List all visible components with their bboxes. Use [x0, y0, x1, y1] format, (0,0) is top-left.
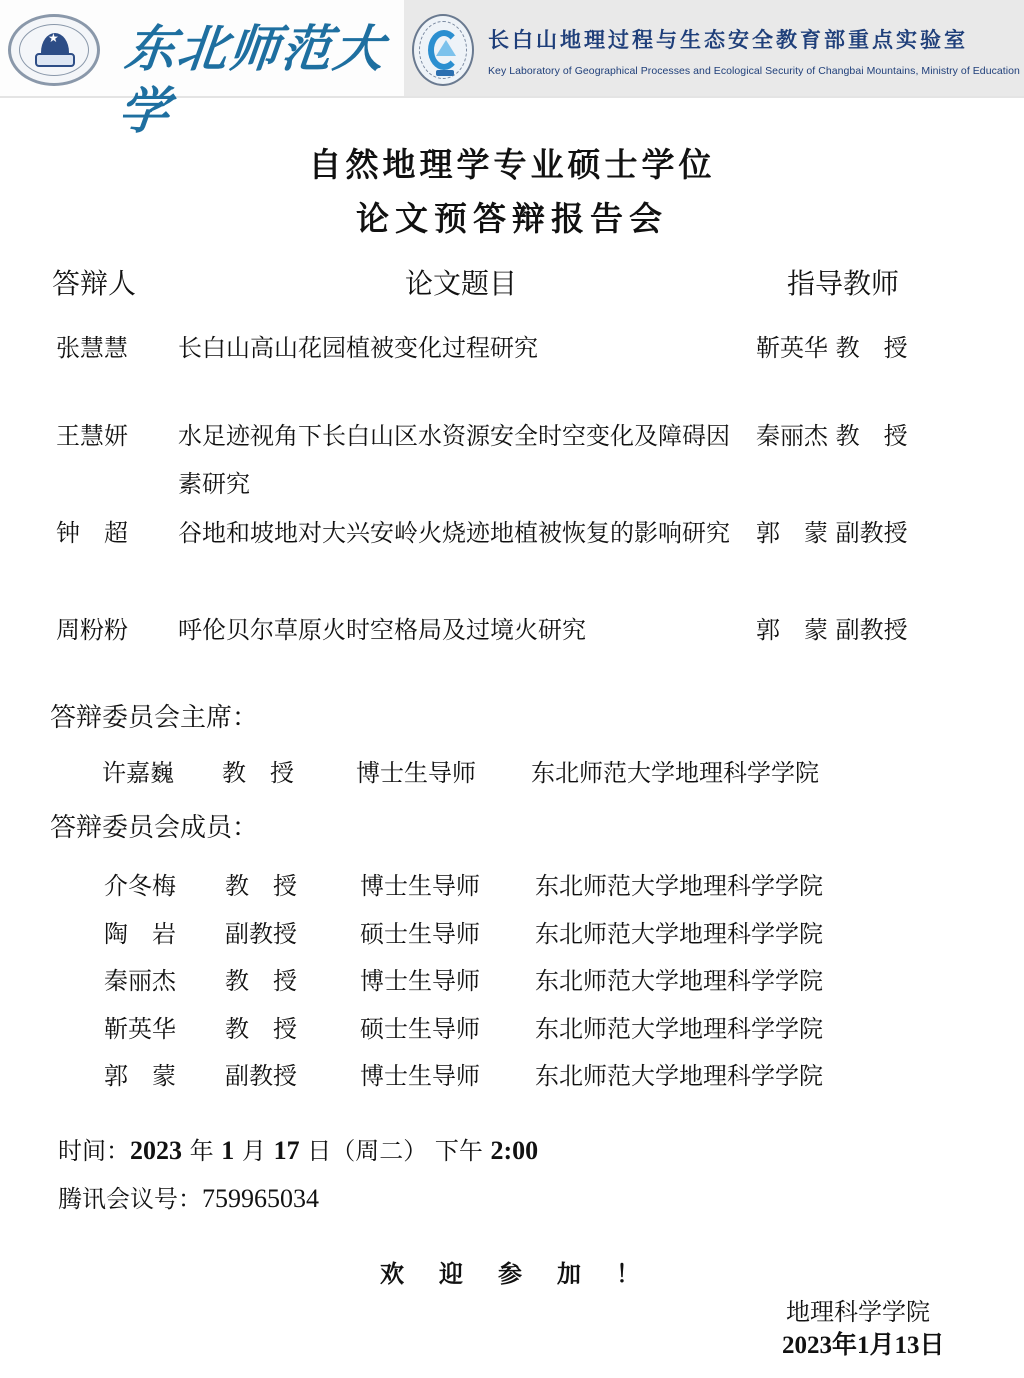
committee-members-heading: 答辩委员会成员： — [50, 808, 258, 848]
member-affiliation: 东北师范大学地理科学学院 — [535, 1056, 823, 1096]
university-name: 东北师范大学 — [115, 18, 410, 142]
signature-date: 2023年1月13日 — [782, 1326, 945, 1366]
member-name: 秦丽杰 — [104, 961, 176, 1001]
member-rank: 教 授 — [222, 753, 294, 793]
member-rank: 教 授 — [225, 1009, 297, 1049]
welcome-message: 欢迎参加！ — [380, 1254, 675, 1294]
column-header-thesis: 论文题目 — [405, 264, 517, 304]
member-name: 靳英华 — [104, 1009, 176, 1049]
university-seal-icon: ★ — [8, 14, 100, 86]
lab-name-en: Key Laboratory of Geographical Processes… — [488, 64, 1020, 78]
member-role: 博士生导师 — [360, 961, 480, 1001]
day-unit: 日（周二） — [307, 1137, 427, 1165]
day: 17 — [274, 1136, 300, 1165]
lab-banner: 长白山地理过程与生态安全教育部重点实验室 Key Laboratory of G… — [404, 0, 1024, 96]
month: 1 — [221, 1136, 234, 1165]
university-banner: ★ 东北师范大学 — [0, 0, 404, 96]
advisor: 秦丽杰 教 授 — [756, 412, 956, 460]
member-rank: 教 授 — [225, 961, 297, 1001]
thesis-title: 呼伦贝尔草原火时空格局及过境火研究 — [178, 606, 738, 654]
defender-name: 周粉粉 — [56, 606, 166, 654]
meeting-id[interactable]: 759965034 — [202, 1184, 319, 1213]
committee-chair-heading: 答辩委员会主席： — [50, 698, 258, 738]
year-unit: 年 — [190, 1137, 214, 1165]
page-title-line2: 论文预答辩报告会 — [0, 197, 1024, 241]
defender-name: 钟 超 — [56, 509, 166, 557]
thesis-title: 长白山高山花园植被变化过程研究 — [178, 324, 738, 372]
member-affiliation: 东北师范大学地理科学学院 — [535, 914, 823, 954]
member-role: 博士生导师 — [360, 866, 480, 906]
advisor: 靳英华 教 授 — [756, 324, 956, 372]
member-name: 陶 岩 — [104, 914, 176, 954]
member-affiliation: 东北师范大学地理科学学院 — [535, 1009, 823, 1049]
lab-name-cn: 长白山地理过程与生态安全教育部重点实验室 — [488, 26, 968, 54]
member-name: 郭 蒙 — [104, 1056, 176, 1096]
member-rank: 副教授 — [225, 914, 297, 954]
column-header-advisor: 指导教师 — [787, 264, 899, 304]
thesis-title: 水足迹视角下长白山区水资源安全时空变化及障碍因素研究 — [178, 412, 738, 508]
member-name: 介冬梅 — [104, 866, 176, 906]
clock-time: 2:00 — [490, 1136, 538, 1165]
member-name: 许嘉巍 — [102, 753, 174, 793]
advisor: 郭 蒙 副教授 — [756, 606, 956, 654]
meeting-label: 腾讯会议号： — [58, 1185, 202, 1213]
member-affiliation: 东北师范大学地理科学学院 — [531, 753, 819, 793]
advisor: 郭 蒙 副教授 — [756, 509, 956, 557]
member-affiliation: 东北师范大学地理科学学院 — [535, 961, 823, 1001]
event-time: 时间：2023 年 1 月 17 日（周二） 下午 2:00 — [58, 1131, 538, 1171]
member-affiliation: 东北师范大学地理科学学院 — [535, 866, 823, 906]
year: 2023 — [130, 1136, 182, 1165]
thesis-title: 谷地和坡地对大兴安岭火烧迹地植被恢复的影响研究 — [178, 509, 738, 557]
defender-name: 王慧妍 — [56, 412, 166, 460]
member-role: 博士生导师 — [360, 1056, 480, 1096]
defender-name: 张慧慧 — [56, 324, 166, 372]
page-title-line1: 自然地理学专业硕士学位 — [0, 143, 1024, 187]
lab-logo-icon — [412, 14, 474, 86]
time-label: 时间： — [58, 1137, 130, 1165]
meeting-info: 腾讯会议号：759965034 — [58, 1179, 319, 1219]
member-rank: 教 授 — [225, 866, 297, 906]
period: 下午 — [435, 1137, 483, 1165]
member-rank: 副教授 — [225, 1056, 297, 1096]
member-role: 硕士生导师 — [360, 1009, 480, 1049]
column-header-defender: 答辩人 — [52, 264, 136, 304]
header-banner: ★ 东北师范大学 长白山地理过程与生态安全教育部重点实验室 Key Labora… — [0, 0, 1024, 98]
member-role: 博士生导师 — [356, 753, 476, 793]
member-role: 硕士生导师 — [360, 914, 480, 954]
month-unit: 月 — [242, 1137, 266, 1165]
